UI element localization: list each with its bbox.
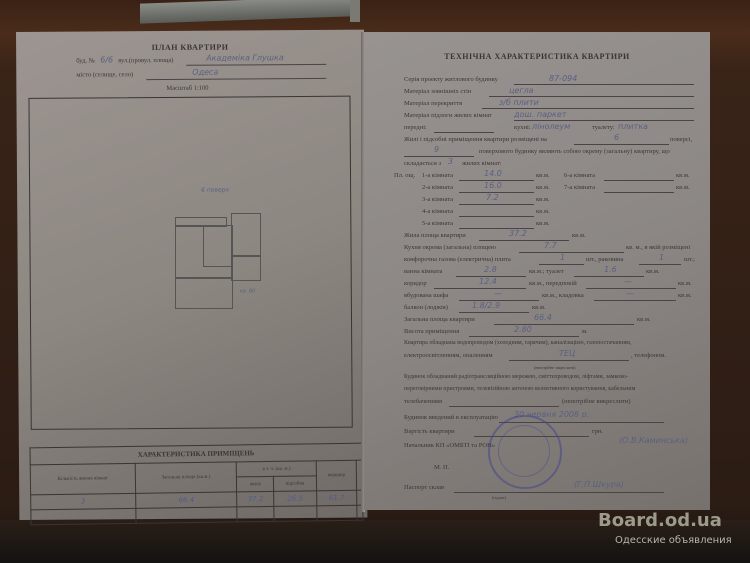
cell-rooms: 3 — [31, 493, 136, 509]
col-header: в т. ч. (кв. м.) — [237, 461, 317, 477]
phone-suffix: , телефоном. — [631, 352, 666, 359]
rooms-value: 3 — [448, 157, 453, 166]
room-label: 4-а кімната — [422, 208, 453, 215]
stove-unit: шт., раковина — [586, 256, 623, 263]
building-text2: переговірними пристроями, телевізійною а… — [404, 386, 635, 392]
field-line — [449, 406, 559, 407]
sink-value: 1 — [659, 253, 664, 262]
city-line — [146, 78, 326, 80]
field-line — [482, 108, 694, 109]
passport-sub: (підпис) — [492, 495, 506, 500]
field-label: Матеріал перекриття — [404, 100, 462, 107]
pantry-label: кв.м., кладовка — [542, 292, 584, 299]
street-line — [186, 64, 326, 66]
field-line — [639, 264, 681, 265]
bathroom — [231, 255, 261, 281]
city-value: Одеса — [192, 68, 218, 77]
rooms-table: ХАРАКТЕРИСТИКА ПРИМІЩЕНЬ Кількість жилих… — [29, 443, 363, 526]
field-value: дош. паркет — [514, 110, 566, 119]
room-unit: кв.м. — [536, 184, 550, 191]
utilities-text2: електроосвітленням, опаленням — [404, 352, 493, 359]
price-unit: грн. — [592, 428, 603, 435]
unit: кв.м. — [572, 232, 586, 239]
height-label: Висота приміщення — [404, 328, 459, 335]
corridor-value: 12.4 — [479, 277, 497, 286]
floor-suffix: поверсі, — [670, 136, 692, 143]
balcony-label: балкон (лоджія) — [404, 304, 448, 311]
building-text: Будинок обладнаний радіотрансляційною ме… — [404, 374, 628, 380]
watermark-subtitle: Одесские объявления — [615, 535, 732, 546]
unit: кв.м. — [678, 292, 692, 299]
rooms-text: складається з — [404, 160, 441, 167]
field-line — [574, 276, 644, 277]
field-line — [514, 84, 694, 85]
bath-value: 2.8 — [484, 265, 497, 274]
utilities-text: Квартира обладнана водопроводом (холодни… — [404, 340, 631, 346]
col-header: коридор — [316, 460, 357, 491]
building-number-label: буд. № — [76, 57, 95, 64]
building-note: (непотрібне викреслити) — [562, 398, 631, 405]
room-unit: кв.м. — [676, 172, 690, 179]
field-line — [434, 288, 526, 289]
room-2 — [203, 225, 233, 267]
living-area-label: Жила площа квартири — [404, 232, 466, 239]
room-unit: кв.м. — [536, 208, 550, 215]
wardrobe-label: вбудована шафа — [404, 292, 448, 299]
field-value: з/б плити — [499, 98, 539, 107]
field-value: 87-094 — [549, 74, 577, 83]
field-line — [459, 312, 529, 313]
heating-value: ТЕЦ — [559, 349, 575, 358]
background-object — [140, 0, 350, 24]
stove-value: 1 — [560, 253, 565, 262]
balcony-value: 1.8/2.9 — [472, 301, 500, 310]
floor-plan-drawing — [150, 185, 270, 305]
page-title: ТЕХНІЧНА ХАРАКТЕРИСТИКА КВАРТИРИ — [364, 52, 710, 61]
field-line — [539, 264, 584, 265]
kitchen-suffix: кв. м., в якій розміщені — [626, 244, 690, 251]
page-title: ПЛАН КВАРТИРИ — [16, 42, 364, 53]
room-label: 1-а кімната — [422, 172, 453, 179]
col-header: Загальна площа (кв.м.) — [135, 462, 237, 493]
field-label: кухні: — [514, 124, 531, 131]
field-line — [459, 204, 534, 205]
stove-label: конфорочна газова (електрична) плита — [404, 256, 511, 263]
col-header: підсобна — [273, 476, 316, 492]
field-label: Матеріал зовнішніх стін — [404, 88, 471, 95]
field-line — [604, 192, 674, 193]
room-unit: кв.м. — [536, 172, 550, 179]
wardrobe-value: — — [494, 289, 502, 298]
background-object — [350, 0, 360, 22]
col-header: жила — [237, 476, 274, 492]
field-label: Серія проекту житлового будинку — [404, 76, 498, 83]
cell-aux: 26.5 — [274, 491, 317, 507]
storeys-value: 9 — [434, 145, 439, 154]
total-area-value: 66.4 — [534, 313, 552, 322]
field-line — [509, 360, 629, 361]
watermark-title: Board.od.ua — [598, 510, 722, 531]
sink-unit: шт.; — [684, 256, 695, 263]
unit: кв.м. — [532, 304, 546, 311]
field-line — [514, 120, 694, 121]
height-unit: м. — [582, 328, 588, 335]
field-line — [459, 216, 534, 217]
kitchen-value: 7.7 — [544, 241, 557, 250]
passport-value: (Г.П.Шкура) — [574, 480, 624, 489]
field-value: плитка — [618, 122, 648, 131]
room-value: 14.0 — [484, 169, 502, 178]
room-value: 16.0 — [484, 181, 502, 190]
note-small: (непотрібне закреслити) — [534, 365, 576, 370]
field-line — [519, 252, 624, 253]
pantry-value: — — [626, 289, 634, 298]
city-label: місто (селище, село) — [76, 71, 133, 78]
room-unit: кв.м. — [676, 184, 690, 191]
total-area-label: Загальна площа квартири — [404, 316, 475, 323]
room-3 — [231, 213, 261, 257]
room-4 — [175, 277, 233, 309]
room-label: 6-а кімната — [564, 172, 595, 179]
field-label: туалету: — [592, 124, 615, 131]
field-line — [469, 336, 579, 337]
toilet-label: кв.м.; туалет — [529, 268, 564, 275]
unit: кв.м. — [637, 316, 651, 323]
cell-corridor: 61.7 — [316, 490, 356, 506]
kitchen-label: Кухня окрема (загальна) площею — [404, 244, 496, 251]
building-number-value: 6/6 — [100, 55, 113, 64]
field-line — [489, 96, 694, 97]
col-header: Кількість жилих кімнат — [30, 463, 135, 494]
building-text3: телебаченням — [404, 398, 442, 405]
corridor-label: коридор — [404, 280, 427, 287]
field-line — [594, 300, 676, 301]
room-unit: кв.м. — [536, 196, 550, 203]
field-line — [434, 132, 494, 133]
seal-label: М. П. — [434, 464, 449, 471]
unit: кв.м. — [678, 280, 692, 287]
head-label: Начальник КП «ОМБТІ та РОН» — [404, 442, 495, 449]
room-unit: кв.м. — [536, 220, 550, 227]
unit: кв.м. — [646, 268, 660, 275]
toilet-value: 1.6 — [604, 265, 617, 274]
official-seal-stamp — [488, 415, 562, 489]
field-value: цегла — [509, 86, 534, 95]
cell-total: 66.4 — [135, 492, 237, 508]
passport-label: Паспорт склав — [404, 484, 444, 491]
commissioned-label: Будинок введений в експлуатацію — [404, 414, 498, 421]
head-signature: (О.В.Каминська) — [619, 436, 688, 445]
field-line — [604, 180, 674, 181]
storeys-text: поверхового будинку являють собою окрему… — [479, 148, 670, 155]
field-line — [454, 492, 664, 493]
field-line — [574, 144, 669, 145]
floor-value: 6 — [614, 133, 619, 142]
area-prefix: Пл. ощ. — [394, 172, 415, 179]
hall-value: — — [624, 277, 632, 286]
street-value: Академіка Глушка — [206, 53, 284, 63]
bath-label: ванна кімната — [404, 268, 442, 275]
floor-text: Жилі і підсобні приміщення квартири розм… — [404, 136, 547, 143]
room-label: 7-а кімната — [564, 184, 595, 191]
field-line — [404, 156, 474, 157]
room-label: 2-а кімната — [422, 184, 453, 191]
field-label: передні: — [404, 124, 427, 131]
balcony — [175, 217, 227, 227]
field-label: Матеріал підлоги жилих кімнат — [404, 112, 492, 119]
room-label: 3-а кімната — [422, 196, 453, 203]
height-value: 2.80 — [514, 325, 532, 334]
cell-living: 37.2 — [237, 491, 274, 507]
hall-label: кв.м., передпокій — [529, 280, 577, 287]
rooms-suffix: жилих кімнат: — [462, 160, 502, 167]
field-value: лінолеум — [532, 122, 570, 131]
room-value: 7.2 — [486, 193, 499, 202]
street-label: вул.(провул. площа) — [118, 57, 173, 64]
price-label: Вартість квартири — [404, 428, 455, 435]
scale-label: Масштаб 1:100 — [166, 85, 208, 92]
living-area-value: 37.2 — [509, 229, 527, 238]
room-label: 5-а кімната — [422, 220, 453, 227]
